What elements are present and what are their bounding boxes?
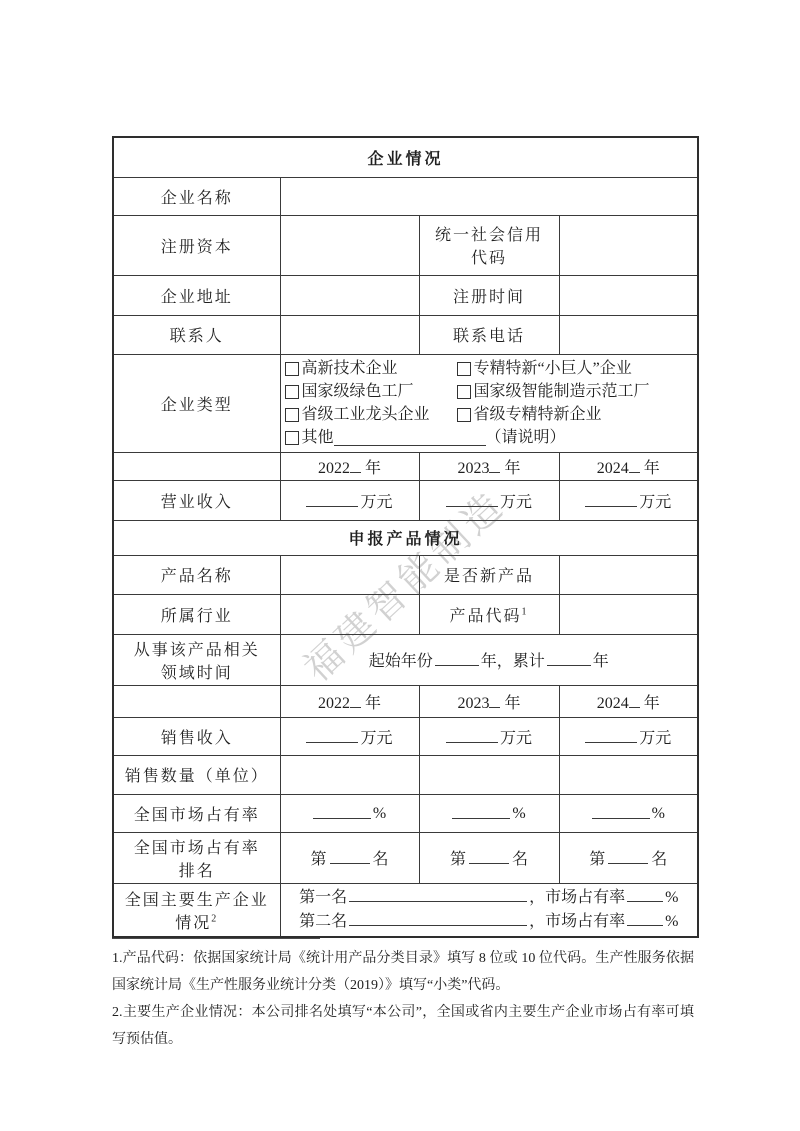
unit-wanyuan: 万元 <box>500 494 532 511</box>
year-value: 2023 <box>457 695 489 712</box>
year-blank[interactable] <box>489 456 500 472</box>
label-sales-revenue: 销售收入 <box>113 717 280 755</box>
type-option-label: 专精特新“小巨人”企业 <box>474 357 632 380</box>
field-product-code[interactable] <box>559 594 698 634</box>
sales-2023-cell: 万元 <box>419 717 559 755</box>
rank-2022-blank[interactable] <box>330 848 370 864</box>
type-option-little-giant: 专精特新“小巨人”企业 <box>457 357 632 380</box>
checkbox-provincial-leader-icon[interactable] <box>285 408 299 422</box>
unit-percent: % <box>512 806 525 823</box>
type-option-other: 其他 <box>285 426 334 449</box>
year-header-2023: 2023 年 <box>419 452 559 480</box>
duration-cumulative-blank[interactable] <box>547 650 591 666</box>
type-option-label: 高新技术企业 <box>302 357 398 380</box>
label-duration-line1: 从事该产品相关 <box>118 637 276 660</box>
label-duration: 从事该产品相关 领域时间 <box>113 634 280 685</box>
duration-cumulative-label: 年，累计 <box>481 653 545 670</box>
revenue-2022-cell: 万元 <box>280 480 419 520</box>
type-option-row: 省级工业龙头企业 省级专精特新企业 <box>285 403 694 426</box>
year-header-2023: 2023 年 <box>419 685 559 717</box>
document-page: 福建智能制造 企业情况 企业名称 注册资本 统一社会信用 代码 企业地址 注册时… <box>0 0 800 1131</box>
label-is-new-product: 是否新产品 <box>419 555 559 594</box>
producer-rank-label: 第二名 <box>299 913 347 930</box>
type-option-provincial-leader: 省级工业龙头企业 <box>285 403 457 426</box>
other-type-blank[interactable] <box>334 429 486 445</box>
checkbox-smart-mfg-icon[interactable] <box>457 385 471 399</box>
type-option-green-factory: 国家级绿色工厂 <box>285 380 457 403</box>
year-suffix: 年 <box>644 460 660 477</box>
type-option-high-tech: 高新技术企业 <box>285 357 457 380</box>
label-registered-capital: 注册资本 <box>113 215 280 275</box>
footnotes-block: 1.产品代码：依据国家统计局《统计用产品分类目录》填写 8 位或 10 位代码。… <box>112 938 694 1053</box>
label-sales-quantity: 销售数量（单位） <box>113 755 280 794</box>
field-registration-time[interactable] <box>559 275 698 315</box>
producer-rank-label: 第一名 <box>299 889 347 906</box>
duration-start-label: 起始年份 <box>369 653 433 670</box>
duration-year-suffix: 年 <box>593 653 609 670</box>
year-suffix: 年 <box>644 695 660 712</box>
year-blank[interactable] <box>629 456 640 472</box>
rank-suffix: 名 <box>373 851 389 868</box>
revenue-2022-blank[interactable] <box>306 490 358 506</box>
year-value: 2024 <box>597 695 629 712</box>
footnote-1: 1.产品代码：依据国家统计局《统计用产品分类目录》填写 8 位或 10 位代码。… <box>112 945 694 999</box>
year-blank[interactable] <box>489 691 500 707</box>
unit-wanyuan: 万元 <box>360 494 392 511</box>
year-suffix: 年 <box>504 460 520 477</box>
label-main-producers: 全国主要生产企业 情况2 <box>113 883 280 937</box>
type-option-label: 国家级绿色工厂 <box>302 380 414 403</box>
label-contact-phone: 联系电话 <box>419 315 559 354</box>
checkbox-little-giant-icon[interactable] <box>457 362 471 376</box>
duration-cell: 起始年份年，累计年 <box>280 634 698 685</box>
producer-2-share-blank[interactable] <box>627 910 663 926</box>
field-company-name[interactable] <box>280 177 698 215</box>
checkbox-high-tech-icon[interactable] <box>285 362 299 376</box>
year-value: 2024 <box>597 460 629 477</box>
label-rank-line1: 全国市场占有率 <box>118 835 276 858</box>
checkbox-other-icon[interactable] <box>285 431 299 445</box>
type-option-row: 高新技术企业 专精特新“小巨人”企业 <box>285 357 694 380</box>
rank-2022-cell: 第名 <box>280 832 419 883</box>
type-option-provincial-srdi: 省级专精特新企业 <box>457 403 602 426</box>
label-market-share-rank: 全国市场占有率 排名 <box>113 832 280 883</box>
year-suffix: 年 <box>365 695 381 712</box>
label-operating-revenue: 营业收入 <box>113 480 280 520</box>
year-suffix: 年 <box>504 695 520 712</box>
share-2022-blank[interactable] <box>313 802 371 818</box>
label-credit-code-line1: 统一社会信用 <box>424 222 555 245</box>
year-header-2024: 2024 年 <box>559 685 698 717</box>
rank-2023-cell: 第名 <box>419 832 559 883</box>
unit-percent: % <box>652 806 665 823</box>
unit-wanyuan: 万元 <box>639 494 671 511</box>
type-option-row: 国家级绿色工厂 国家级智能制造示范工厂 <box>285 380 694 403</box>
revenue-2024-blank[interactable] <box>585 490 637 506</box>
year-header-2022: 2022 年 <box>280 452 419 480</box>
label-company-address: 企业地址 <box>113 275 280 315</box>
type-option-smart-mfg: 国家级智能制造示范工厂 <box>457 380 650 403</box>
label-product-name: 产品名称 <box>113 555 280 594</box>
label-credit-code: 统一社会信用 代码 <box>419 215 559 275</box>
rank-2023-blank[interactable] <box>469 848 509 864</box>
main-producers-cell: 第一名，市场占有率% 第二名，市场占有率% <box>280 883 698 937</box>
producers-text: 情况 <box>175 915 211 932</box>
label-registration-time: 注册时间 <box>419 275 559 315</box>
company-type-options: 高新技术企业 专精特新“小巨人”企业 国家级绿色工厂 国家级智能制造示范工厂 省… <box>280 354 698 452</box>
revenue-2024-cell: 万元 <box>559 480 698 520</box>
producer-row-2: 第二名，市场占有率% <box>285 910 694 934</box>
sales-2024-cell: 万元 <box>559 717 698 755</box>
share-2024-cell: % <box>559 794 698 832</box>
unit-percent: % <box>373 806 386 823</box>
rank-suffix: 名 <box>651 851 667 868</box>
label-product-code: 产品代码1 <box>419 594 559 634</box>
year-value: 2023 <box>457 460 489 477</box>
field-contact-person[interactable] <box>280 315 419 354</box>
unit-wanyuan: 万元 <box>360 730 392 747</box>
field-product-name[interactable] <box>280 555 419 594</box>
year-suffix: 年 <box>365 460 381 477</box>
type-option-other-row: 其他 （请说明） <box>285 426 694 449</box>
label-duration-line2: 领域时间 <box>118 660 276 683</box>
producer-1-name-blank[interactable] <box>349 886 527 902</box>
field-company-address[interactable] <box>280 275 419 315</box>
producer-2-name-blank[interactable] <box>349 910 527 926</box>
sales-2022-cell: 万元 <box>280 717 419 755</box>
field-contact-phone[interactable] <box>559 315 698 354</box>
label-producers-line1: 全国主要生产企业 <box>118 887 276 910</box>
year-value: 2022 <box>318 695 350 712</box>
label-rank-line2: 排名 <box>118 858 276 881</box>
label-contact-person: 联系人 <box>113 315 280 354</box>
unit-percent: % <box>665 913 678 930</box>
share-2023-blank[interactable] <box>452 802 510 818</box>
year-blank[interactable] <box>629 691 640 707</box>
label-company-type: 企业类型 <box>113 354 280 452</box>
type-option-label: 国家级智能制造示范工厂 <box>474 380 650 403</box>
year-value: 2022 <box>318 460 350 477</box>
year-header-2024: 2024 年 <box>559 452 698 480</box>
label-industry: 所属行业 <box>113 594 280 634</box>
year-blank[interactable] <box>350 456 361 472</box>
footnote-separator <box>112 938 320 939</box>
sales-2024-blank[interactable] <box>585 726 637 742</box>
field-quantity-2023[interactable] <box>419 755 559 794</box>
label-credit-code-line2: 代码 <box>424 245 555 268</box>
share-2022-cell: % <box>280 794 419 832</box>
unit-wanyuan: 万元 <box>639 730 671 747</box>
section-title-product: 申报产品情况 <box>113 520 698 555</box>
producer-1-share-blank[interactable] <box>627 886 663 902</box>
sales-2023-blank[interactable] <box>446 726 498 742</box>
type-option-label: 省级工业龙头企业 <box>302 403 430 426</box>
product-code-text: 产品代码 <box>449 608 521 625</box>
year-blank[interactable] <box>350 691 361 707</box>
year-header-2022: 2022 年 <box>280 685 419 717</box>
label-company-name: 企业名称 <box>113 177 280 215</box>
field-quantity-2024[interactable] <box>559 755 698 794</box>
producer-share-label: ，市场占有率 <box>529 913 625 930</box>
revenue-2023-cell: 万元 <box>419 480 559 520</box>
section-title-company: 企业情况 <box>113 137 698 177</box>
share-2024-blank[interactable] <box>592 802 650 818</box>
field-is-new-product[interactable] <box>559 555 698 594</box>
year-header-spacer <box>113 452 280 480</box>
other-type-suffix: （请说明） <box>486 426 566 449</box>
checkbox-green-factory-icon[interactable] <box>285 385 299 399</box>
unit-percent: % <box>665 889 678 906</box>
field-quantity-2022[interactable] <box>280 755 419 794</box>
revenue-2023-blank[interactable] <box>446 490 498 506</box>
year-header-spacer <box>113 685 280 717</box>
rank-prefix: 第 <box>450 851 466 868</box>
footnote-ref-2: 2 <box>211 913 218 924</box>
rank-suffix: 名 <box>512 851 528 868</box>
rank-2024-blank[interactable] <box>608 848 648 864</box>
rank-prefix: 第 <box>310 851 326 868</box>
enterprise-form-table: 企业情况 企业名称 注册资本 统一社会信用 代码 企业地址 注册时间 联系人 联… <box>112 136 699 938</box>
field-registered-capital[interactable] <box>280 215 419 275</box>
footnote-ref-1: 1 <box>522 606 529 617</box>
rank-prefix: 第 <box>589 851 605 868</box>
checkbox-provincial-srdi-icon[interactable] <box>457 408 471 422</box>
producer-row-1: 第一名，市场占有率% <box>285 886 694 910</box>
unit-wanyuan: 万元 <box>500 730 532 747</box>
field-credit-code[interactable] <box>559 215 698 275</box>
duration-start-blank[interactable] <box>435 650 479 666</box>
footnote-2: 2.主要生产企业情况：本公司排名处填写“本公司”，全国或省内主要生产企业市场占有… <box>112 999 694 1053</box>
producer-share-label: ，市场占有率 <box>529 889 625 906</box>
label-market-share: 全国市场占有率 <box>113 794 280 832</box>
label-producers-line2: 情况2 <box>118 910 276 933</box>
share-2023-cell: % <box>419 794 559 832</box>
type-option-label: 省级专精特新企业 <box>474 403 602 426</box>
sales-2022-blank[interactable] <box>306 726 358 742</box>
field-industry[interactable] <box>280 594 419 634</box>
type-option-label: 其他 <box>302 426 334 449</box>
rank-2024-cell: 第名 <box>559 832 698 883</box>
